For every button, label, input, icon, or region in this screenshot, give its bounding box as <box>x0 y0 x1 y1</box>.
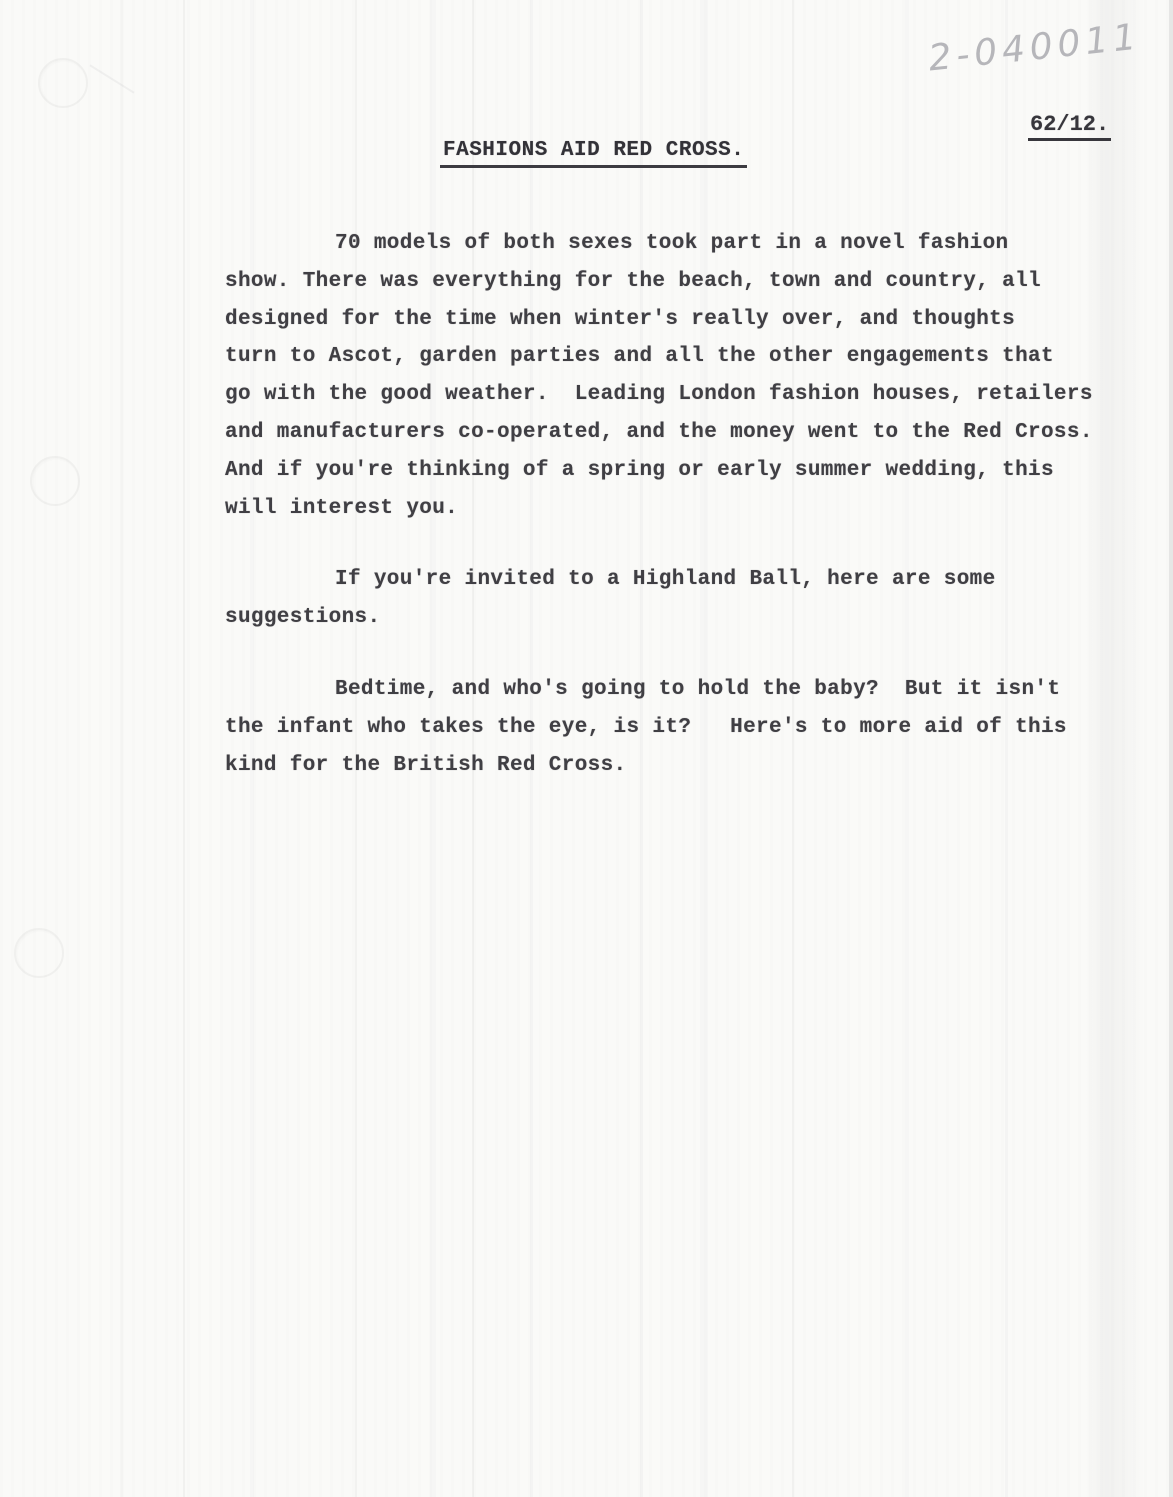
text-line: designed for the time when winter's real… <box>225 301 1065 339</box>
document-title: FASHIONS AID RED CROSS. <box>440 139 747 168</box>
text-line: and manufacturers co-operated, and the m… <box>225 414 1065 452</box>
text-line: show. There was everything for the beach… <box>225 263 1065 301</box>
text-line: And if you're thinking of a spring or ea… <box>225 452 1065 490</box>
paper-crease-mark <box>89 64 134 93</box>
scan-streak <box>120 0 123 1497</box>
text-line: kind for the British Red Cross. <box>225 747 1065 785</box>
text-line: Bedtime, and who's going to hold the bab… <box>225 671 1065 709</box>
scanned-document-page: 2-040011 62/12. FASHIONS AID RED CROSS. … <box>0 0 1173 1497</box>
text-line: go with the good weather. Leading London… <box>225 376 1065 414</box>
scan-edge-shadow <box>1169 0 1173 1497</box>
paragraph: If you're invited to a Highland Ball, he… <box>225 561 1065 637</box>
text-line: the infant who takes the eye, is it? Her… <box>225 709 1065 747</box>
punch-hole-mark <box>30 456 80 506</box>
text-line: will interest you. <box>225 490 1065 528</box>
paragraph: 70 models of both sexes took part in a n… <box>225 225 1065 527</box>
text-line: turn to Ascot, garden parties and all th… <box>225 338 1065 376</box>
text-line: If you're invited to a Highland Ball, he… <box>225 561 1065 599</box>
scan-streak <box>183 0 185 1497</box>
text-line: suggestions. <box>225 599 1065 637</box>
punch-hole-mark <box>38 58 88 108</box>
handwritten-number: 2-040011 <box>927 14 1170 80</box>
scan-streak <box>1085 0 1145 1497</box>
document-body: 70 models of both sexes took part in a n… <box>225 225 1065 784</box>
reference-number: 62/12. <box>1028 112 1111 141</box>
punch-hole-mark <box>14 928 64 978</box>
text-line: 70 models of both sexes took part in a n… <box>225 225 1065 263</box>
paragraph: Bedtime, and who's going to hold the bab… <box>225 671 1065 784</box>
